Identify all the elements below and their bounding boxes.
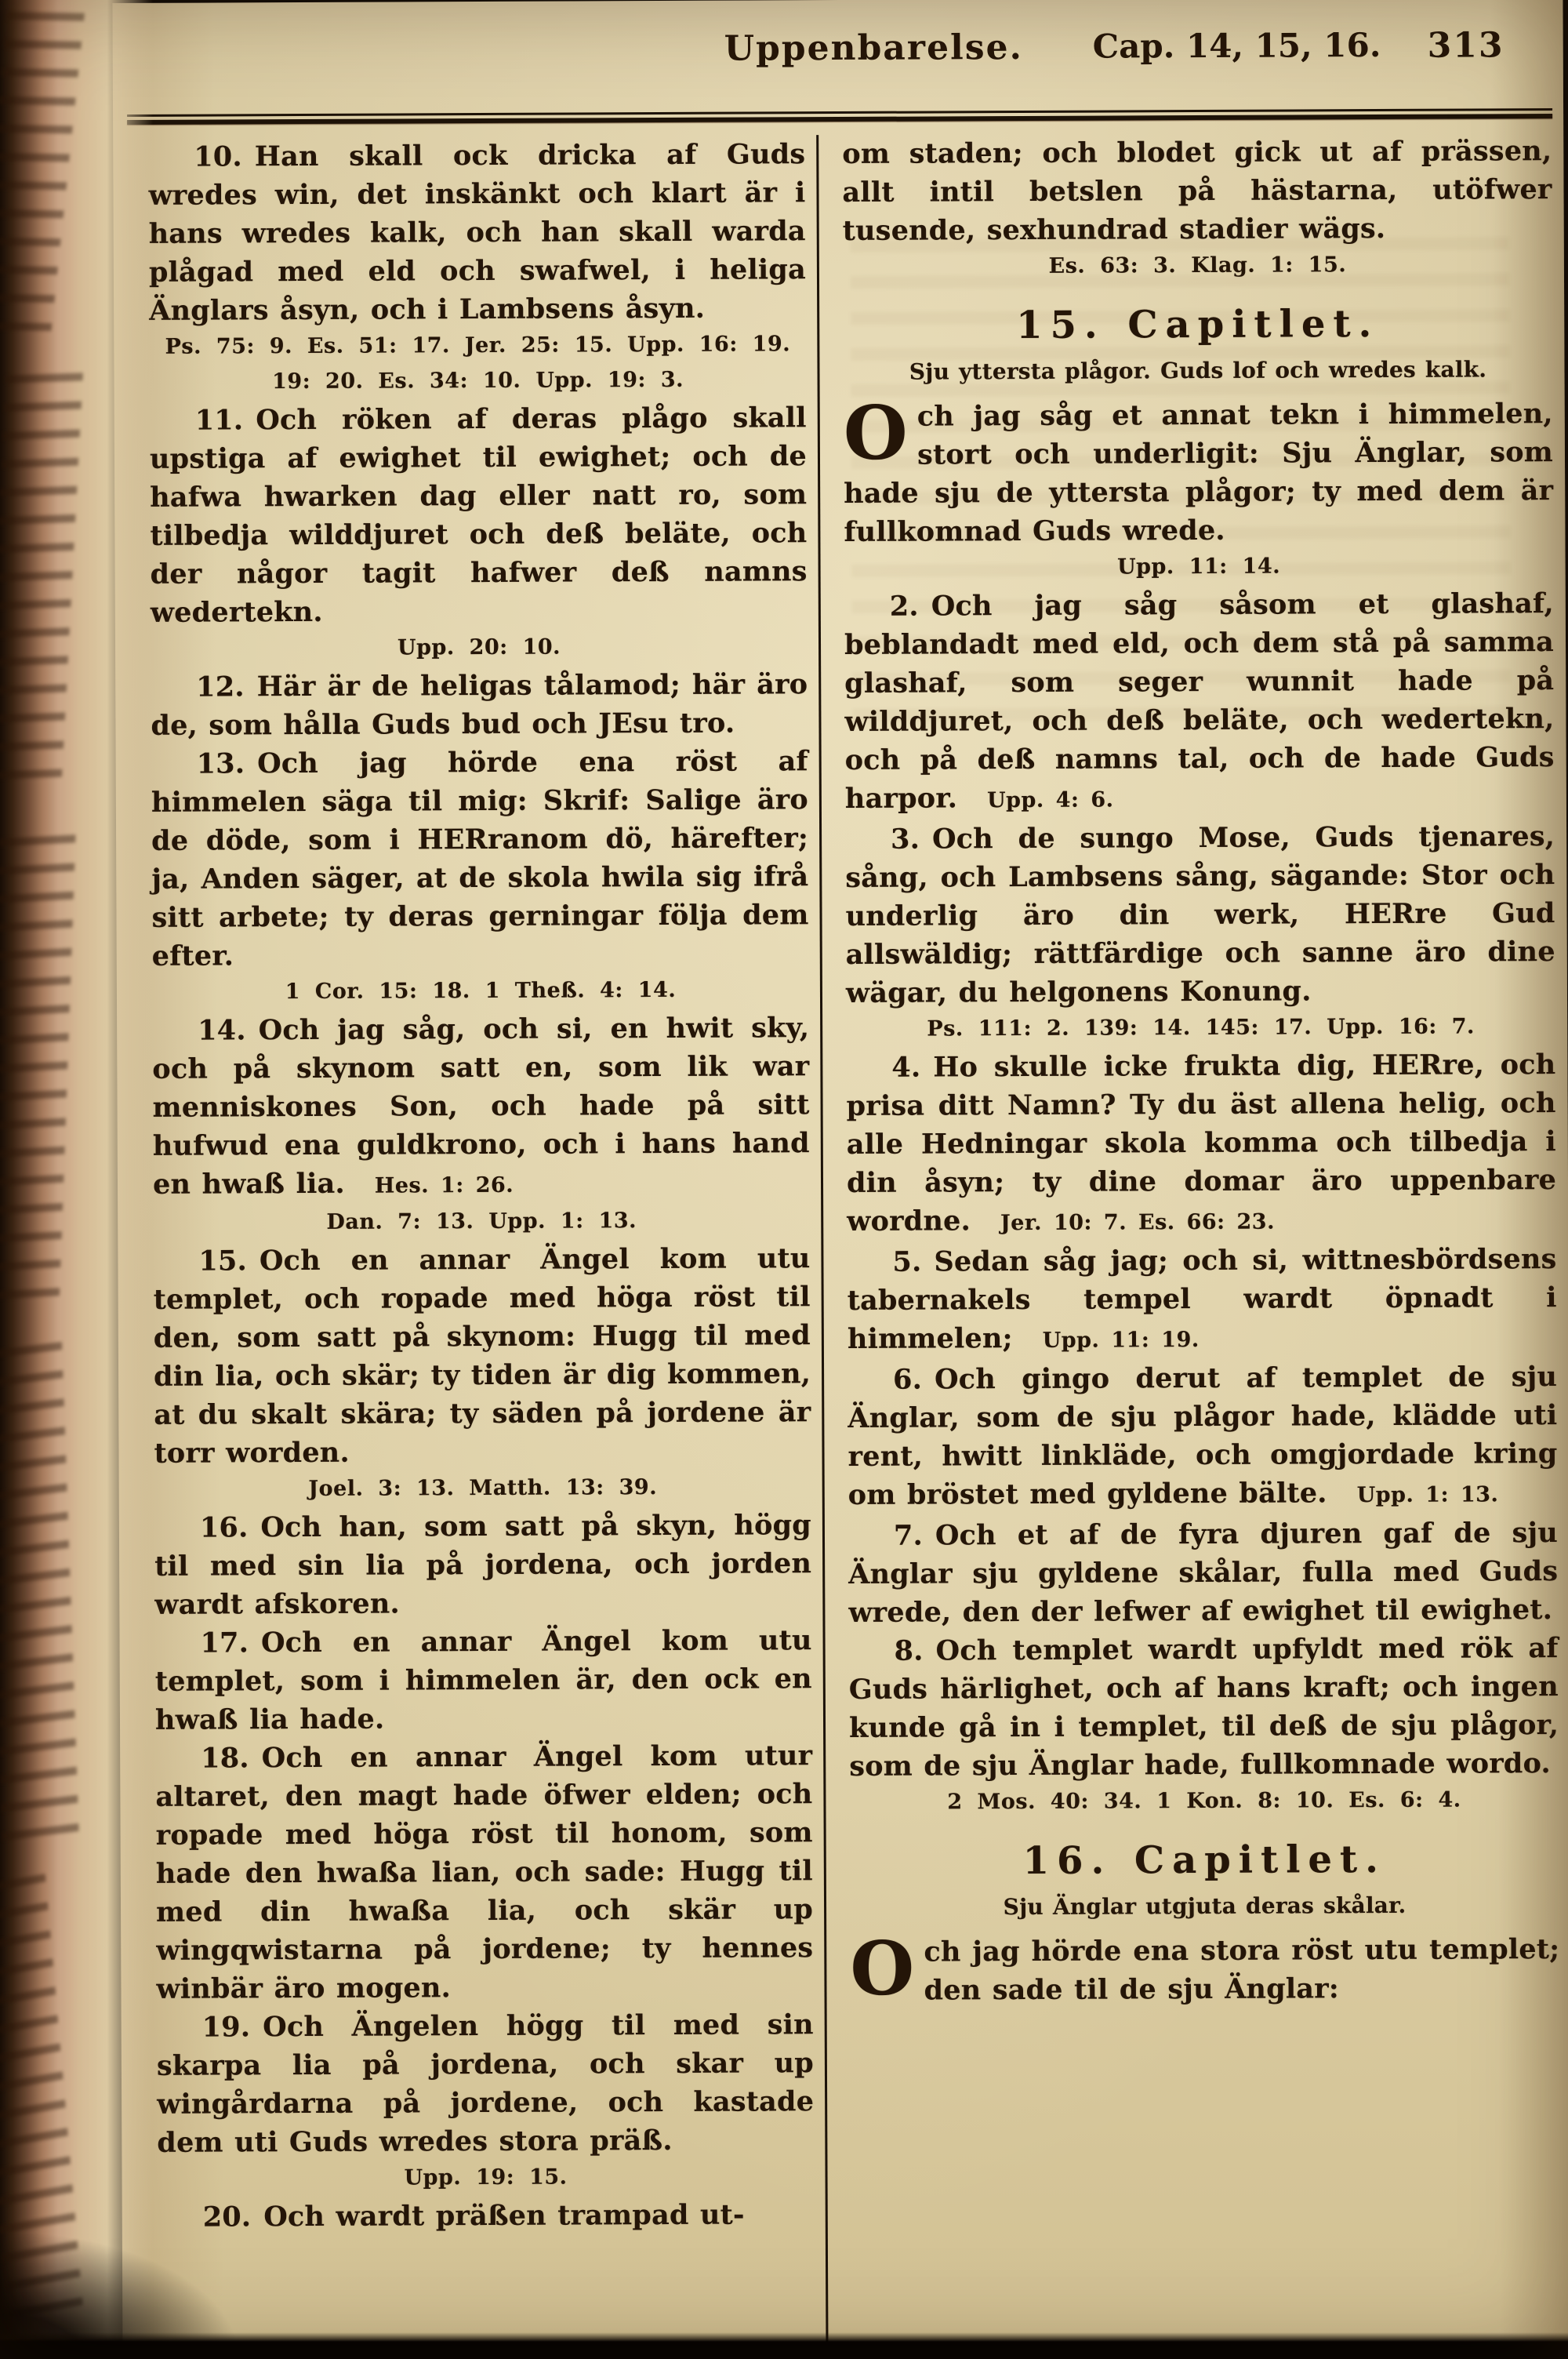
book-photo: Uppenbarelse. Cap. 14, 15, 16. 313 10.Ha… <box>0 0 1568 2359</box>
verse-14-20-continuation: om staden; och blodet gick ut af prässen… <box>842 132 1552 250</box>
verse-text: Och han, som satt på skyn, högg til med … <box>154 1509 811 1621</box>
verse-14-20: 20.Och wardt präßen trampad ut- <box>158 2195 815 2237</box>
inline-scripture-ref: Hes. 1: 26. <box>375 1173 514 1198</box>
verse-text: Och de sungo Mose, Guds tjenares, sång, … <box>845 820 1555 1009</box>
running-head: Uppenbarelse. Cap. 14, 15, 16. 313 <box>148 25 1552 97</box>
inline-scripture-ref: Upp. 11: 19. <box>1043 1328 1200 1353</box>
verse-15-6: 6.Och gingo derut af templet de sju Ängl… <box>848 1358 1558 1517</box>
scripture-refs: Es. 63: 3. Klag. 1: 15. <box>843 248 1552 284</box>
verse-number: 8. <box>895 1635 924 1667</box>
verse-14-10: 10.Han skall ock dricka af Guds wredes w… <box>148 135 806 330</box>
page-gutter <box>0 0 153 2359</box>
verse-number: 19. <box>202 2011 251 2043</box>
verse-14-19: 19.Och Ängelen högg til med sin skarpa l… <box>157 2005 815 2162</box>
verse-number: 10. <box>194 140 242 173</box>
gutter-smudge <box>0 1339 79 1844</box>
running-title: Uppenbarelse. <box>724 27 1023 69</box>
inline-scripture-ref: Upp. 1: 13. <box>1357 1482 1499 1507</box>
scripture-refs: Upp. 20: 10. <box>151 630 808 666</box>
scripture-refs: Upp. 11: 14. <box>844 549 1554 585</box>
verse-14-14: 14.Och jag såg, och si, en hwit sky, och… <box>152 1009 810 1206</box>
scripture-refs: 1 Cor. 15: 18. 1 Theß. 4: 14. <box>152 973 809 1009</box>
inline-scripture-ref: Upp. 4: 6. <box>987 787 1114 812</box>
verse-15-5: 5.Sedan såg jag; och si, wittnesbördsens… <box>847 1240 1557 1361</box>
scripture-refs: Dan. 7: 13. Upp. 1: 13. <box>153 1204 810 1240</box>
scripture-refs: 2 Mos. 40: 34. 1 Kon. 8: 10. Es. 6: 4. <box>849 1783 1559 1819</box>
verse-text: Och jag såg såsom et glashaf, beblandadt… <box>844 587 1555 815</box>
verse-number: 7. <box>894 1520 923 1552</box>
verse-text: Sedan såg jag; och si, wittnesbördsens t… <box>848 1243 1557 1355</box>
chapter-15-heading: 15. Capitlet. <box>843 304 1552 346</box>
gutter-smudge <box>0 367 83 794</box>
verse-text: Här är de heligas tålamod; här äro de, s… <box>151 668 808 742</box>
verse-15-2: 2.Och jag såg såsom et glashaf, beblanda… <box>844 584 1555 820</box>
verse-number: 14. <box>198 1014 246 1046</box>
verse-text: Han skall ock dricka af Guds wredes win,… <box>148 138 806 327</box>
verse-number: 11. <box>195 404 244 436</box>
drop-cap-initial: O <box>844 398 917 465</box>
verse-number: 20. <box>203 2201 252 2233</box>
left-column: 10.Han skall ock dricka af Guds wredes w… <box>148 135 815 2359</box>
page: Uppenbarelse. Cap. 14, 15, 16. 313 10.Ha… <box>112 0 1568 2359</box>
verse-text: om staden; och blodet gick ut af prässen… <box>842 135 1552 247</box>
chapter-16-heading: 16. Capitlet. <box>850 1840 1559 1881</box>
scripture-refs: 19: 20. Es. 34: 10. Upp. 19: 3. <box>149 363 806 399</box>
scripture-refs: Joel. 3: 13. Matth. 13: 39. <box>154 1470 811 1507</box>
scripture-refs: Ps. 111: 2. 139: 14. 145: 17. Upp. 16: 7… <box>846 1010 1555 1046</box>
verse-15-7: 7.Och et af de fyra djuren gaf de sju Än… <box>848 1514 1559 1632</box>
verse-15-1: Och jag såg et annat tekn i himmelen, st… <box>844 394 1554 551</box>
verse-number: 18. <box>201 1742 249 1774</box>
drop-cap-initial: O <box>850 1933 924 2001</box>
right-column: om staden; och blodet gick ut af prässen… <box>842 132 1561 2359</box>
verse-text: Och jag hörde ena röst af himmelen säga … <box>151 745 809 972</box>
chapter-15-summary: Sju yttersta plågor. Guds lof och wredes… <box>866 354 1529 388</box>
scripture-refs: Ps. 75: 9. Es. 51: 17. Jer. 25: 15. Upp.… <box>149 328 806 364</box>
verse-number: 13. <box>197 747 245 780</box>
verse-text: Och templet wardt upfyldt med rök af Gud… <box>849 1632 1559 1783</box>
verse-number: 4. <box>891 1052 920 1084</box>
verse-text: Och wardt präßen trampad ut- <box>263 2199 745 2234</box>
verse-text: Och en annar Ängel kom utur altaret, den… <box>155 1739 813 2005</box>
verse-14-16: 16.Och han, som satt på skyn, högg til m… <box>154 1506 812 1624</box>
verse-text: Och et af de fyra djuren gaf de sju Ängl… <box>848 1517 1558 1629</box>
verse-text: ch jag hörde ena stora röst utu templet;… <box>924 1933 1559 2007</box>
book-page-photo: { "colors": { "paper": "#ddcfa6", "ink":… <box>0 0 1568 2359</box>
column-divider <box>816 135 828 2359</box>
verse-text: Och röken af deras plågo skall upstiga a… <box>150 402 808 629</box>
verse-number: 17. <box>200 1627 249 1659</box>
verse-15-4: 4.Ho skulle icke frukta dig, HERre, och … <box>846 1045 1556 1243</box>
verse-text: Och jag såg, och si, en hwit sky, och på… <box>152 1012 810 1201</box>
verse-number: 6. <box>893 1364 922 1396</box>
verse-text: Och Ängelen högg til med sin skarpa lia … <box>157 2008 814 2159</box>
verse-text: Ho skulle icke frukta dig, HERre, och pr… <box>847 1049 1557 1238</box>
verse-number: 12. <box>196 671 245 703</box>
verse-14-17: 17.Och en annar Ängel kom utu templet, s… <box>154 1621 812 1739</box>
verse-number: 2. <box>890 591 919 623</box>
verse-16-1: Och jag hörde ena stora röst utu templet… <box>850 1930 1559 2010</box>
verse-14-12: 12.Här är de heligas tålamod; här äro de… <box>151 665 808 745</box>
chapter-16-summary: Sju Änglar utgjuta deras skålar. <box>873 1889 1536 1924</box>
gutter-smudge <box>0 3 85 347</box>
scripture-refs: Upp. 19: 15. <box>157 2160 814 2196</box>
verse-14-15: 15.Och en annar Ängel kom utu templet, o… <box>153 1239 811 1473</box>
header-rule <box>127 108 1552 128</box>
verse-text: ch jag såg et annat tekn i himmelen, sto… <box>844 398 1553 548</box>
verse-number: 16. <box>200 1511 249 1543</box>
verse-14-13: 13.Och jag hörde ena röst af himmelen sä… <box>151 742 809 976</box>
verse-14-18: 18.Och en annar Ängel kom utur altaret, … <box>155 1736 813 2008</box>
inline-scripture-ref: Jer. 10: 7. Es. 66: 23. <box>1000 1210 1275 1236</box>
photo-bottom-edge <box>0 2332 1568 2359</box>
verse-15-3: 3.Och de sungo Mose, Guds tjenares, sång… <box>845 817 1555 1012</box>
text-columns: 10.Han skall ock dricka af Guds wredes w… <box>148 132 1561 2359</box>
verse-number: 3. <box>891 823 920 856</box>
verse-14-11: 11.Och röken af deras plågo skall upstig… <box>150 398 808 632</box>
page-number: 313 <box>1428 25 1504 65</box>
verse-text: Och en annar Ängel kom utu templet, som … <box>155 1624 812 1736</box>
verse-text: Och en annar Ängel kom utu templet, och … <box>154 1242 811 1470</box>
verse-number: 5. <box>892 1246 921 1278</box>
chapter-range: Cap. 14, 15, 16. <box>1093 26 1381 66</box>
gutter-smudge <box>0 830 76 1310</box>
verse-15-8: 8.Och templet wardt upfyldt med rök af G… <box>849 1629 1559 1786</box>
verse-number: 15. <box>198 1245 247 1277</box>
